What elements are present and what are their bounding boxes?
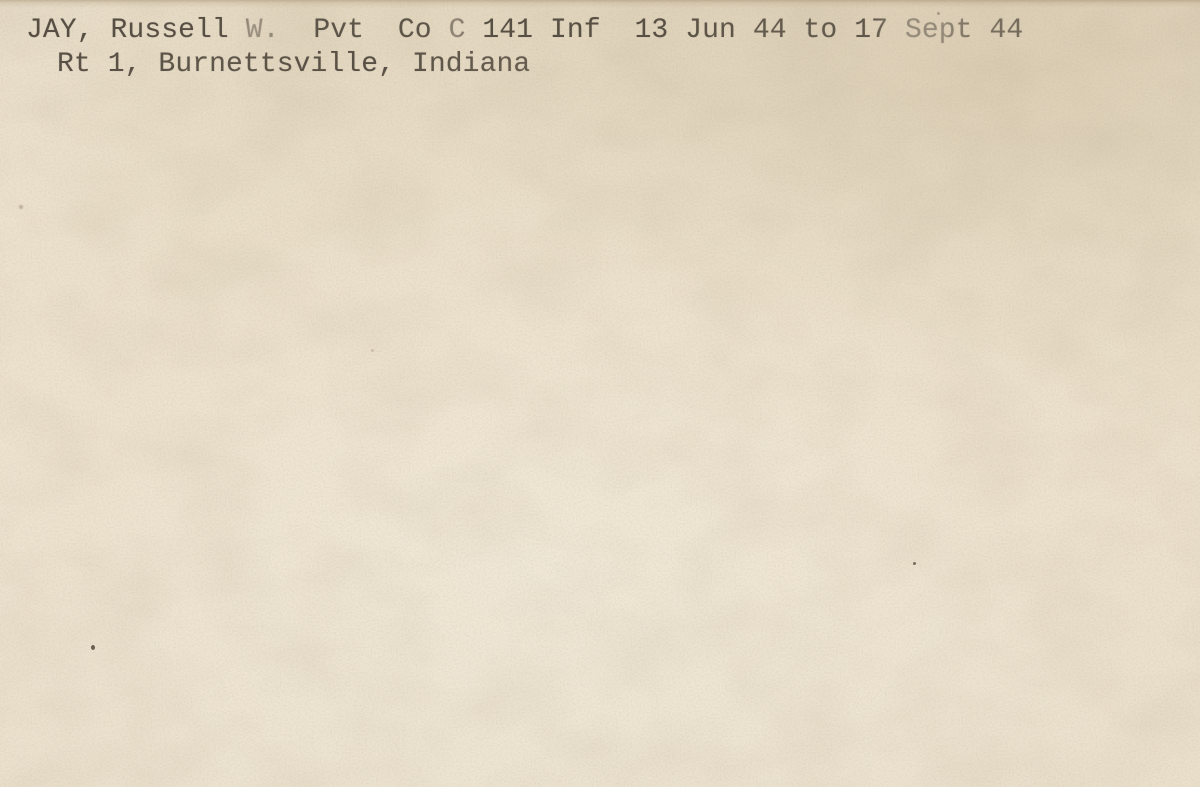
paper-speck [91, 645, 95, 650]
scanned-index-card: JAY, Russell W. Pvt Co C 141 Inf 13 Jun … [0, 0, 1200, 787]
address-line: Rt 1, Burnettsville, Indiana [57, 48, 530, 82]
paper-texture [0, 0, 1200, 787]
paper-speck [19, 205, 23, 209]
service-record-line: JAY, Russell W. Pvt Co C 141 Inf 13 Jun … [26, 14, 1023, 48]
paper-speck [371, 349, 374, 352]
paper-speck [913, 562, 916, 565]
